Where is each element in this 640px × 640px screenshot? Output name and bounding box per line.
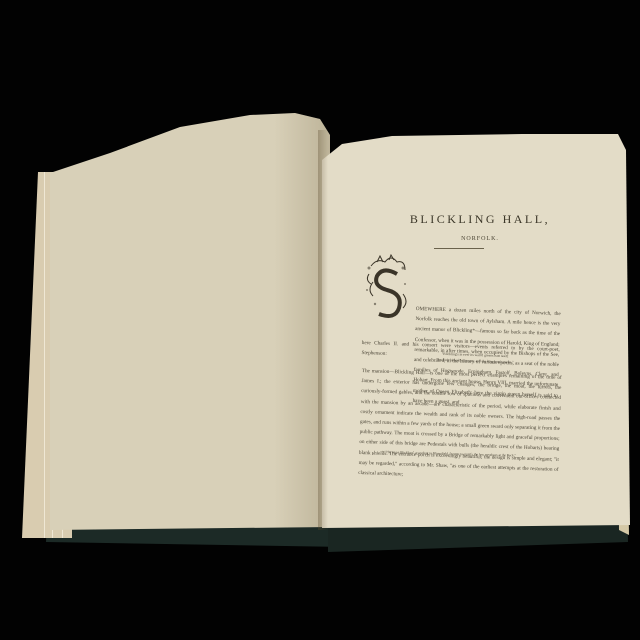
chapter-subtitle: NORFOLK.	[330, 236, 630, 242]
book-gutter	[318, 130, 328, 530]
photo-scene: BLICKLING HALL, NORFOLK. OMEWHERE a doze…	[0, 0, 640, 640]
decorated-initial-icon	[363, 254, 413, 324]
mansion-paragraph: The mansion—Blickling Hall—is one of the…	[358, 366, 562, 485]
left-page-shadow	[50, 105, 330, 530]
page-mark: 1	[372, 452, 378, 456]
chapter-title: BLICKLING HALL,	[330, 212, 630, 227]
title-rule	[434, 248, 484, 249]
